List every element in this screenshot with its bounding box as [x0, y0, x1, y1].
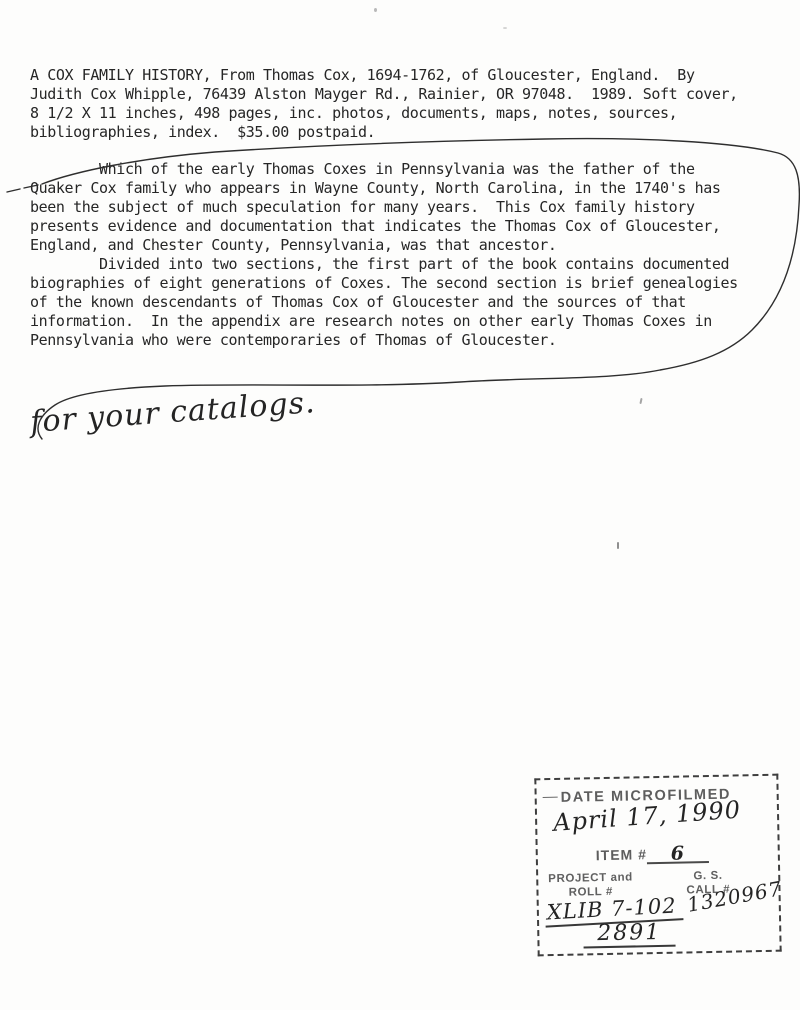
scan-speck [374, 8, 377, 12]
typed-line: Pennsylvania who were contemporaries of … [30, 331, 738, 350]
typed-line: of the known descendants of Thomas Cox o… [30, 293, 738, 312]
typed-line: England, and Chester County, Pennsylvani… [30, 236, 720, 255]
stamp-item-value: 6 [647, 845, 709, 864]
typed-line: presents evidence and documentation that… [30, 217, 720, 236]
stamp-roll-number-value: 2891 [583, 920, 676, 949]
typed-line: information. In the appendix are researc… [30, 312, 738, 331]
review-paragraph-2: Divided into two sections, the first par… [30, 255, 738, 350]
handwritten-note: for your catalogs. [29, 385, 316, 440]
typed-line: A COX FAMILY HISTORY, From Thomas Cox, 1… [30, 66, 738, 85]
typed-line: bibliographies, index. $35.00 postpaid. [30, 123, 738, 142]
typed-line: been the subject of much speculation for… [30, 198, 720, 217]
book-citation-paragraph: A COX FAMILY HISTORY, From Thomas Cox, 1… [30, 66, 738, 142]
stamp-dash-mark: — [543, 788, 558, 805]
scan-speck [617, 542, 619, 549]
microfilm-stamp-box: — DATE MICROFILMED April 17, 1990 ITEM #… [534, 774, 781, 957]
scan-speck [639, 398, 642, 404]
scanned-document-page: A COX FAMILY HISTORY, From Thomas Cox, 1… [0, 0, 800, 1010]
typed-line: Judith Cox Whipple, 76439 Alston Mayger … [30, 85, 738, 104]
scan-speck [503, 27, 507, 29]
review-paragraph-1: Which of the early Thomas Coxes in Penns… [30, 160, 720, 255]
stamp-item-label: ITEM # [596, 846, 647, 863]
typed-line: 8 1/2 X 11 inches, 498 pages, inc. photo… [30, 104, 738, 123]
typed-line: Quaker Cox family who appears in Wayne C… [30, 179, 720, 198]
stamp-item-row: ITEM #6 [596, 843, 709, 863]
typed-line: biographies of eight generations of Coxe… [30, 274, 738, 293]
typed-line: Divided into two sections, the first par… [30, 255, 738, 274]
stamp-project-label-line1: PROJECT and [548, 870, 633, 886]
stamp-gs-label-line1: G. S. [686, 869, 730, 884]
typed-line: Which of the early Thomas Coxes in Penns… [30, 160, 720, 179]
